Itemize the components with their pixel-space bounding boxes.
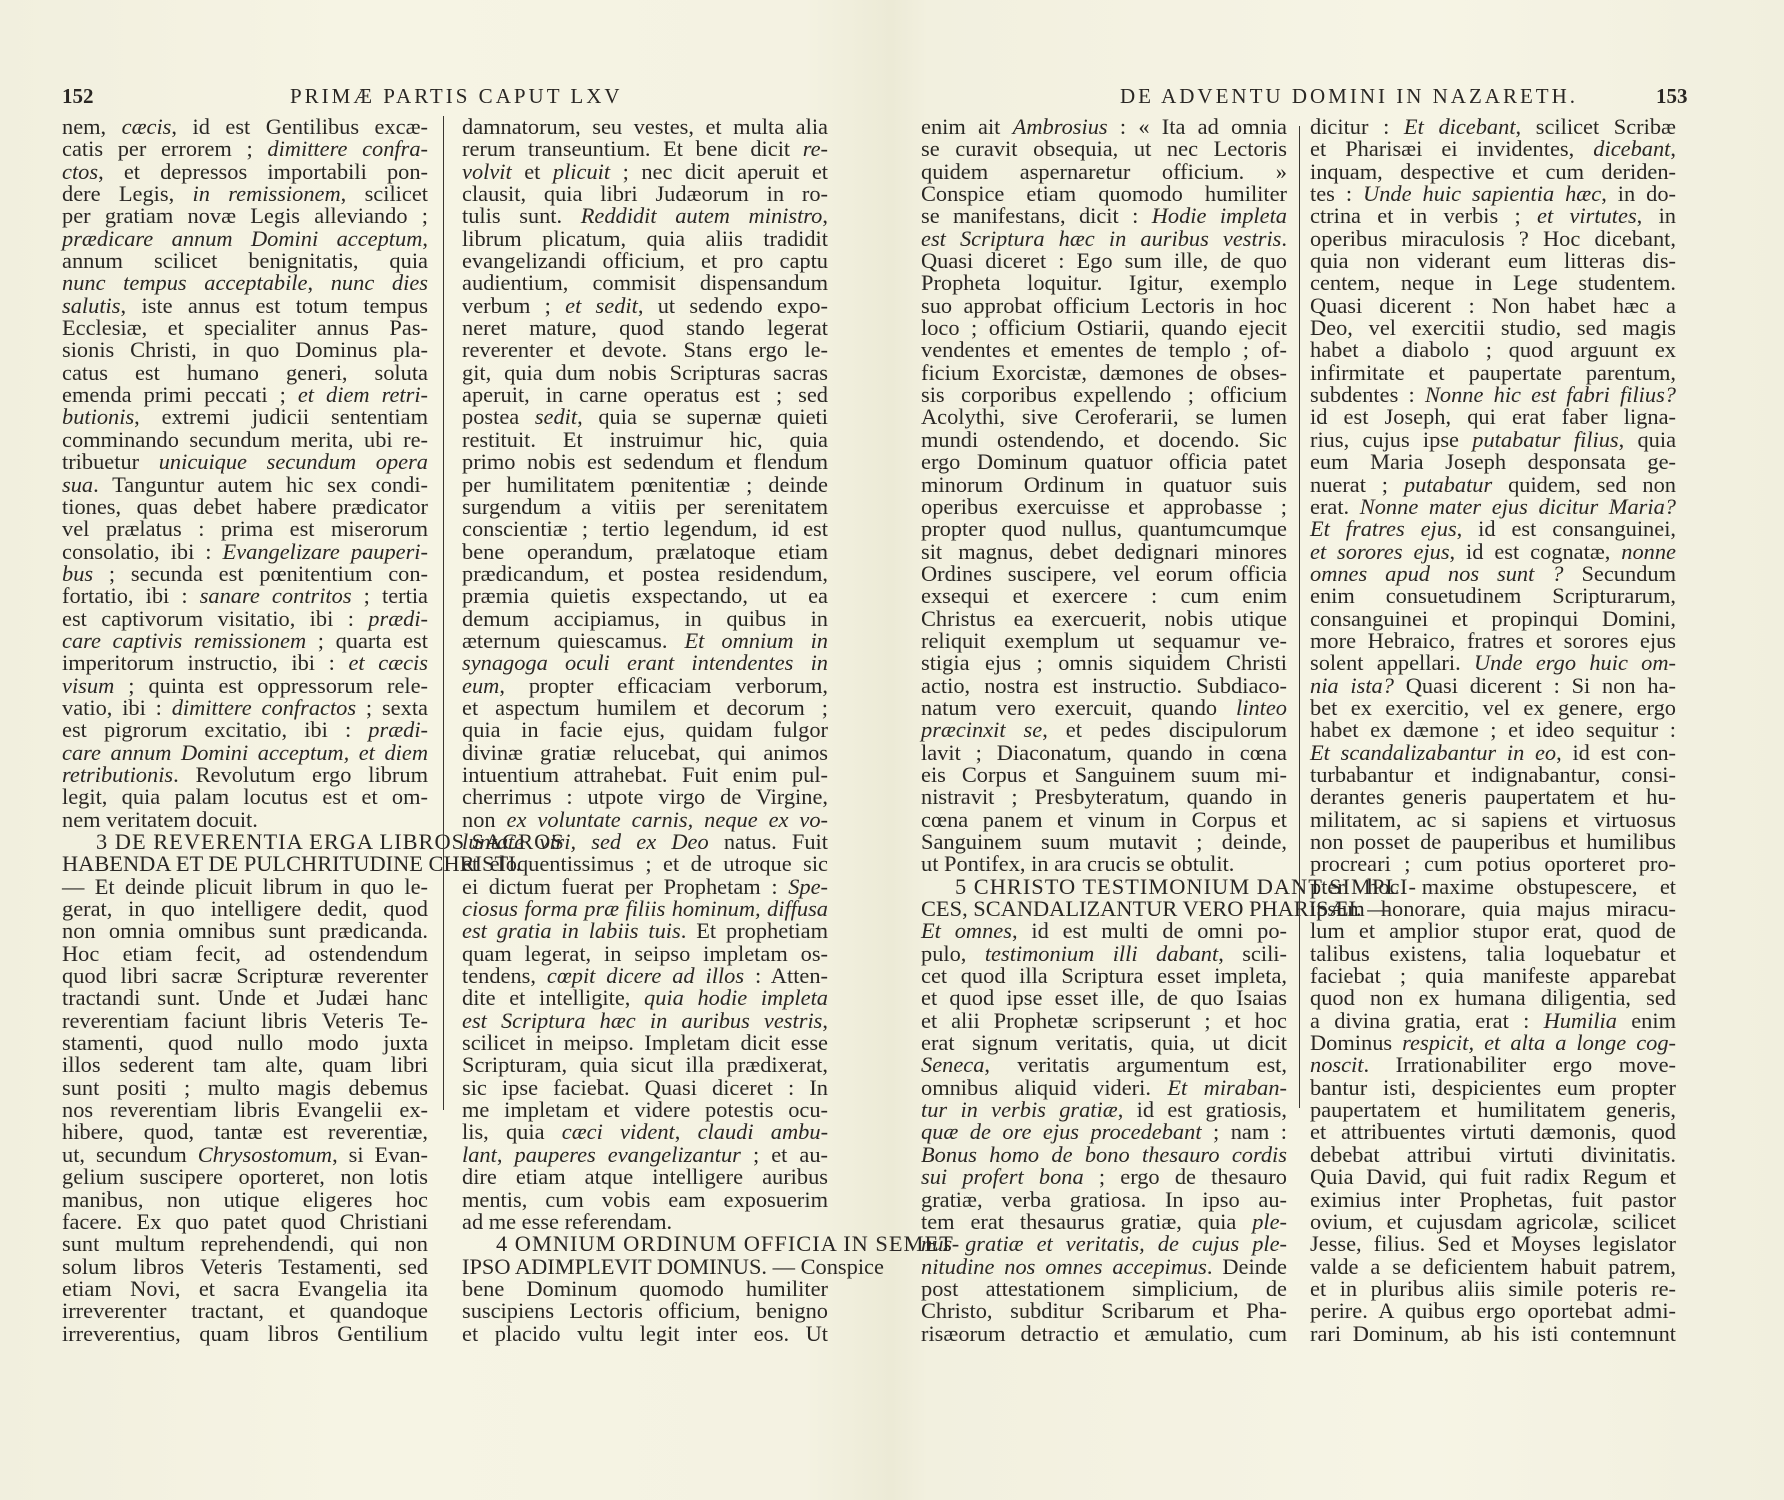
text-line: stamenti, quod nullo modo juxta [62,1032,428,1054]
italic-text: omnes apud nos sunt ? [1310,561,1564,586]
italic-text: prædi- [368,606,428,631]
text-line: care annum Domini acceptum, et diem [62,742,428,764]
text-line: Christus ea exercuerit, nobis utique [921,608,1287,630]
text-line: 5 CHRISTO TESTIMONIUM DANT SIMPLI- [921,876,1287,898]
italic-text: putabatur filius [1472,427,1618,452]
italic-text: lant [462,1142,497,1167]
text-line: propter quod nullus, quantumcumque [921,518,1287,540]
italic-text: claudi ambu- [698,1119,828,1144]
italic-text: et diem retri- [298,382,428,407]
italic-text: synagoga oculi erant intendentes in [462,650,828,675]
italic-text: linteo [1236,695,1287,720]
text-line: manibus, non utique eligeres hoc [62,1189,428,1211]
text-line: id est Joseph, qui erat faber ligna- [1310,406,1676,428]
text-line: prædicare annum Domini acceptum, [62,228,428,250]
text-line: se manifestans, dicit : Hodie impleta [921,205,1287,227]
text-line: turbabantur et indignabantur, consi- [1310,764,1676,786]
text-line: sunt positi ; multo magis debemus [62,1077,428,1099]
text-line: Seneca, veritatis argumentum est, [921,1054,1287,1076]
text-line: subdentes : Nonne hic est fabri filius? [1310,384,1676,406]
text-line: eis Corpus et Sanguinem suum mi- [921,764,1287,786]
text-line: militatem, ac si sapiens et virtuosus [1310,809,1676,831]
text-line: vatio, ibi : dimittere confractos ; sext… [62,697,428,719]
text-line: luntate viri, sed ex Deo natus. Fuit [462,831,828,853]
text-line: more Hebraico, fratres et sorores ejus [1310,630,1676,652]
text-line: est captivorum visitatio, ibi : prædi- [62,608,428,630]
text-line: verbum ; et sedit, ut sedendo expo- [462,295,828,317]
italic-text: nonne [1621,539,1676,564]
left-page-column-1: nem, cæcis, id est Gentilibus excæ-catis… [62,116,428,1345]
italic-text: Nonne mater ejus dicitur Maria? [1360,494,1676,519]
text-line: Quia David, qui fuit radix Regum et [1310,1166,1676,1188]
text-line: noscit. Irrationabiliter ergo move- [1310,1054,1676,1076]
text-line: illos sederent tam alte, quam libri [62,1054,428,1076]
italic-text: salutis [62,293,120,318]
text-line: paupertatem et humilitatem generis, [1310,1099,1676,1121]
text-line: quam legerat, in seipso impletam os- [462,943,828,965]
italic-text: quia hodie impleta [644,985,828,1010]
italic-text: volvit [462,159,512,184]
text-line: habet a diabolo ; quod arguunt ex [1310,339,1676,361]
text-line: bantur isti, despicientes eum propter [1310,1077,1676,1099]
italic-text: Hodie impleta [1152,203,1287,228]
running-head-right: DE ADVENTU DOMINI IN NAZARETH. [1120,84,1578,109]
text-line: ficium Exorcistæ, dæmones de obses- [921,362,1287,384]
italic-text: care annum Domini acceptum, et diem [62,740,428,765]
text-line: nuerat ; putabatur quidem, sed non [1310,474,1676,496]
text-line: actio, nostra est instructio. Subdiaco- [921,675,1287,697]
text-line: natum vero exercuit, quando linteo [921,697,1287,719]
text-line: demum accipiamus, in quibus in [462,608,828,630]
text-line: est Scriptura hæc in auribus vestris. [921,228,1287,250]
page-number-left: 152 [62,84,94,109]
text-line: nem veritatem docuit. [62,809,428,831]
text-line: dere Legis, in remissionem, scilicet [62,183,428,205]
text-line: butionis, extremi judicii sententiam [62,406,428,428]
text-line: rerum transeuntium. Et bene dicit re- [462,138,828,160]
italic-text: retributionis [62,762,173,787]
book-spread: 152 PRIMÆ PARTIS CAPUT LXV nem, cæcis, i… [0,0,1784,1500]
italic-text: Spe- [788,874,828,899]
text-line: tractandi sunt. Unde et Judæi hanc [62,987,428,1009]
text-line: a divina gratia, erat : Humilia enim [1310,1010,1676,1032]
text-line: facere. Ex quo patet quod Christiani [62,1211,428,1233]
italic-text: Unde ergo huic om- [1474,650,1676,675]
text-line: et alii Prophetæ scripserunt ; et hoc [921,1010,1287,1032]
text-line: se curavit obsequia, ut nec Lectoris [921,138,1287,160]
text-line: quæ de ore ejus procedebant ; nam : [921,1121,1287,1143]
text-line: conscientiæ ; tertio legendum, id est [462,518,828,540]
text-line: Quasi diceret : Ego sum ille, de quo [921,250,1287,272]
text-line: catus est humano generi, soluta [62,362,428,384]
italic-text: prædicare annum Domini acceptum [62,226,422,251]
text-line: tem erat thesaurus gratiæ, quia ple- [921,1211,1287,1233]
text-line: solum libros Veteris Testamenti, sed [62,1256,428,1278]
text-line: tur in verbis gratiæ, id est gratiosis, [921,1099,1287,1121]
text-line: tiones, quas debet habere prædicator [62,496,428,518]
italic-text: unicuique secundum opera [159,449,428,474]
text-line: nus gratiæ et veritatis, de cujus ple- [921,1233,1287,1255]
text-line: et placido vultu legit inter eos. Ut [462,1323,828,1345]
italic-text: Et omnes [921,918,1012,943]
italic-text: care captivis remissionem [62,628,306,653]
text-line: cherrimus : utpote virgo de Virgine, [462,786,828,808]
text-line: tulis sunt. Reddidit autem ministro, [462,205,828,227]
text-line: Sanguinem suum mutavit ; deinde, [921,831,1287,853]
text-line: IPSO ADIMPLEVIT DOMINUS. — Conspice [462,1256,828,1278]
italic-text: ple- [1252,1209,1287,1234]
text-line: imperitorum instructio, ibi : et cæcis [62,652,428,674]
text-line: mentis, cum vobis eam exposuerim [462,1189,828,1211]
text-line: bet ex exercitio, vel ex genere, ergo [1310,697,1676,719]
text-line: quidem aspernaretur officium. » [921,161,1287,183]
italic-text: ex voluntate carnis, neque ex vo- [507,807,828,832]
italic-text: butionis [62,404,134,429]
text-line: gerat, in quo intelligere dedit, quod [62,898,428,920]
text-line: erat signum veritatis, quia, ut dicit [921,1032,1287,1054]
italic-text: Bonus homo de bono thesauro cordis [921,1142,1287,1167]
text-line: 4 OMNIUM ORDINUM OFFICIA IN SEMET- [462,1233,828,1255]
text-line: faciebat ; quia manifeste apparebat [1310,965,1676,987]
text-line: Et omnes, id est multi de omni po- [921,920,1287,942]
text-line: rius, cujus ipse putabatur filius, quia [1310,429,1676,451]
italic-text: testimonium illi dabant [985,941,1218,966]
text-line: vendentes et ementes de templo ; of- [921,339,1287,361]
italic-text: Et miraban- [1167,1075,1287,1100]
text-line: dite et intelligite, quia hodie impleta [462,987,828,1009]
text-line: eum, propter efficaciam verborum, [462,675,828,697]
text-line: centem, neque in Lege studentem. [1310,272,1676,294]
text-line: nia ista? Quasi dicerent : Si non ha- [1310,675,1676,697]
text-line: consanguinei et propinqui Domini, [1310,608,1676,630]
text-line: Ordines suscipere, vel eorum officia [921,563,1287,585]
text-line: ctrina et in verbis ; et virtutes, in [1310,205,1676,227]
text-line: est Scriptura hæc in auribus vestris, [462,1010,828,1032]
italic-text: Evangelizare pauperi- [223,539,428,564]
text-line: catis per errorem ; dimittere confra- [62,138,428,160]
text-line: visum ; quinta est oppressorum rele- [62,675,428,697]
italic-text: cæcis [122,114,172,139]
text-line: sunt multum reprehendendi, qui non [62,1233,428,1255]
text-line: pulo, testimonium illi dabant, scili- [921,943,1287,965]
text-line: habet ex dæmone ; et ideo sequitur : [1310,719,1676,741]
text-line: nos reverentiam libris Evangelii ex- [62,1099,428,1121]
text-line: Jesse, filius. Sed et Moyses legislator [1310,1233,1676,1255]
italic-text: re- [803,136,828,161]
text-line: lis, quia cæci vident, claudi ambu- [462,1121,828,1143]
text-line: inquam, despective et cum deriden- [1310,161,1676,183]
italic-text: nia ista? [1310,673,1394,698]
italic-text: et cæcis [348,650,428,675]
text-line: fortatio, ibi : sanare contritos ; terti… [62,585,428,607]
right-page: DE ADVENTU DOMINI IN NAZARETH. 153 enim … [900,0,1784,1500]
text-line: lum et amplior stupor erat, quod de [1310,920,1676,942]
text-line: et Pharisæi ei invidentes, dicebant, [1310,138,1676,160]
text-line: reverenter et devote. Stans ergo le- [462,339,828,361]
text-line: Et fratres ejus, id est consanguinei, [1310,518,1676,540]
italic-text: sedit [535,404,577,429]
italic-text: Et fratres ejus [1310,516,1457,541]
italic-text: et virtutes [1537,203,1637,228]
text-line: et attribuentes virtuti dæmonis, quod [1310,1121,1676,1143]
text-line: et quod ipse esset ille, de quo Isaias [921,987,1287,1009]
text-line: per gratiam novæ Legis alleviando ; [62,205,428,227]
text-line: loco ; officium Ostiarii, quando ejecit [921,317,1287,339]
italic-text: nitudine nos omnes accepimus [921,1254,1207,1279]
text-line: post attestationem simplicium, de [921,1278,1287,1300]
running-head-left: PRIMÆ PARTIS CAPUT LXV [290,84,623,109]
text-line: rari Dominum, ab his isti contemnunt [1310,1323,1676,1345]
text-line: suscipiens Lectoris officium, benigno [462,1300,828,1322]
column-rule [1299,126,1300,1108]
italic-text: nus gratiæ et veritatis, de cujus ple- [921,1231,1287,1256]
italic-text: sui profert bona [921,1164,1084,1189]
text-line: gratiæ, verba gratiosa. In ipso au- [921,1189,1287,1211]
italic-text: putabatur [1404,472,1492,497]
text-line: legit, quia palam locutus est et om- [62,786,428,808]
italic-text: respicit, et alta a longe cog- [1402,1030,1676,1055]
text-line: comminando secundum merita, ubi re- [62,429,428,451]
text-line: sui profert bona ; ergo de thesauro [921,1166,1287,1188]
text-line: evangelizandi officium, et pro captu [462,250,828,272]
text-line: sic ipse faciebat. Quasi diceret : In [462,1077,828,1099]
italic-text: est gratia in labiis tuis [462,918,681,943]
text-line: operibus exercuisse et approbasse ; [921,496,1287,518]
italic-text: est Scriptura hæc in auribus vestris [921,226,1281,251]
text-line: git, quia dum nobis Scripturas sacras [462,362,828,384]
text-line: valde a se deficientem habuit patrem, [1310,1256,1676,1278]
text-line: infirmitate et paupertate parentum, [1310,362,1676,384]
italic-text: Chrysostomum [198,1142,332,1167]
text-line: Dominus respicit, et alta a longe cog- [1310,1032,1676,1054]
italic-text: et sorores ejus [1310,539,1450,564]
text-line: salutis, iste annus est totum tempus [62,295,428,317]
text-line: emenda primi peccati ; et diem retri- [62,384,428,406]
right-page-column-2: dicitur : Et dicebant, scilicet Scribæet… [1310,116,1676,1345]
italic-text: cœpit dicere ad illos [547,963,744,988]
text-line: lant, pauperes evangelizantur ; et au- [462,1144,828,1166]
text-line: erat. Nonne mater ejus dicitur Maria? [1310,496,1676,518]
text-line: non ex voluntate carnis, neque ex vo- [462,809,828,831]
text-line: minorum Ordinum in quatuor suis [921,474,1287,496]
text-line: divinæ gratiæ relucebat, qui animos [462,742,828,764]
italic-text: Nonne hic est fabri filius? [1425,382,1676,407]
text-line: audientium, commisit dispensandum [462,272,828,294]
text-line: cœna panem et vinum in Corpus et [921,809,1287,831]
text-line: tribuetur unicuique secundum opera [62,451,428,473]
italic-text: Ambrosius [1013,114,1108,139]
text-line: sua. Tanguntur autem hic sex condi- [62,474,428,496]
text-line: præmia quietis exspectando, ut ea [462,585,828,607]
text-line: sis corporibus expellendo ; officium [921,384,1287,406]
text-line: debebat attribui virtuti divinitatis. [1310,1144,1676,1166]
text-line: librum plicatum, quia aliis tradidit [462,228,828,250]
text-line: perire. A quibus ergo oportebat admi- [1310,1300,1676,1322]
text-line: exsequi et exercere : cum enim [921,585,1287,607]
text-line: bus ; secunda est pœnitentium con- [62,563,428,585]
text-line: restituit. Et instruimur hic, quia [462,429,828,451]
text-line: quod libri sacræ Scripturæ reverenter [62,965,428,987]
text-line: aperuit, in carne operatus est ; sed [462,384,828,406]
italic-text: ciosus forma præ filiis hominum, diffusa [462,896,828,921]
text-line: et eloquentissimus ; et de utroque sic [462,853,828,875]
text-line: Bonus homo de bono thesauro cordis [921,1144,1287,1166]
text-line: enim consuetudinem Scripturarum, [1310,585,1676,607]
text-line: pter hoc maxime obstupescere, et [1310,876,1676,898]
text-line: omnibus aliquid videri. Et miraban- [921,1077,1287,1099]
text-line: Conspice etiam quomodo humiliter [921,183,1287,205]
text-line: me impletam et videre potestis ocu- [462,1099,828,1121]
right-page-column-1: enim ait Ambrosius : « Ita ad omniase cu… [921,116,1287,1345]
italic-text: luntate viri, sed ex Deo [462,829,709,854]
text-line: bene operandum, prælatoque etiam [462,541,828,563]
left-page-column-2: damnatorum, seu vestes, et multa aliarer… [462,116,828,1345]
text-line: scilicet in meipso. Impletam dicit esse [462,1032,828,1054]
text-line: Propheta loquitur. Igitur, exemplo [921,272,1287,294]
text-line: neret mature, quod stando legerat [462,317,828,339]
text-line: Deo, vel exercitii studio, sed magis [1310,317,1676,339]
text-line: Hoc etiam fecit, ad ostendendum [62,943,428,965]
text-line: et sorores ejus, id est cognatæ, nonne [1310,541,1676,563]
text-line: quia non viderant eum litteras dis- [1310,250,1676,272]
italic-text: Et scandalizabantur in eo [1310,740,1556,765]
text-line: dire etiam atque intelligere auribus [462,1166,828,1188]
italic-text: dimittere confractos [172,695,356,720]
italic-text: Reddidit autem ministro [581,203,823,228]
italic-text: noscit [1310,1052,1363,1077]
text-line: dicitur : Et dicebant, scilicet Scribæ [1310,116,1676,138]
text-line: retributionis. Revolutum ergo librum [62,764,428,786]
text-line: non posset de pauperibus et humilibus [1310,831,1676,853]
text-line: CES, SCANDALIZANTUR VERO PHARISÆI. — [921,898,1287,920]
text-line: operibus miraculosis ? Hoc dicebant, [1310,228,1676,250]
italic-text: dimittere confra- [267,136,428,161]
text-line: talibus existens, talia loquebatur et [1310,943,1676,965]
text-line: annum scilicet benignitatis, quia [62,250,428,272]
italic-text: Et omnium in [684,628,828,653]
text-line: ut, secundum Chrysostomum, si Evan- [62,1144,428,1166]
italic-text: eum [462,673,499,698]
italic-text: præcinxit se [921,717,1042,742]
text-line: et aspectum humilem et decorum ; [462,697,828,719]
text-line: volvit et plicuit ; nec dicit aperuit et [462,161,828,183]
text-line: Quasi dicerent : Non habet hæc a [1310,295,1676,317]
italic-text: Unde huic sapientia hæc [1363,181,1601,206]
text-line: reverentiam faciunt libris Veteris Te- [62,1010,428,1032]
text-line: solent appellari. Unde ergo huic om- [1310,652,1676,674]
italic-text: tur in verbis gratiæ [921,1097,1118,1122]
text-line: intuentium attrahebat. Fuit enim pul- [462,764,828,786]
text-line: clausit, quia libri Judæorum in ro- [462,183,828,205]
text-line: lavit ; Diaconatum, quando in cœna [921,742,1287,764]
text-line: quod non ex humana diligentia, sed [1310,987,1676,1009]
text-line: omnes apud nos sunt ? Secundum [1310,563,1676,585]
text-line: hibere, quod, tantæ est reverentiæ, [62,1121,428,1143]
text-line: præcinxit se, et pedes discipulorum [921,719,1287,741]
text-line: æternum quiescamus. Et omnium in [462,630,828,652]
text-line: prædicandum, et postea residendum, [462,563,828,585]
text-line: eum Maria Joseph desponsata ge- [1310,451,1676,473]
text-line: tendens, cœpit dicere ad illos : Atten- [462,965,828,987]
italic-text: ctos [62,159,98,184]
text-line: Ecclesiæ, et specialiter annus Pas- [62,317,428,339]
text-line: risæorum detractio et æmulatio, cum [921,1323,1287,1345]
text-line: eximius inter Prophetas, fuit pastor [1310,1189,1676,1211]
italic-text: dicebant [1593,136,1670,161]
text-line: synagoga oculi erant intendentes in [462,652,828,674]
text-line: suo approbat officium Lectoris in hoc [921,295,1287,317]
text-line: ut Pontifex, in ara crucis se obtulit. [921,853,1287,875]
italic-text: plicuit [553,159,610,184]
text-line: surgendum a vitiis per serenitatem [462,496,828,518]
italic-text: bus [62,561,93,586]
text-line: tes : Unde huic sapientia hæc, in do- [1310,183,1676,205]
text-line: damnatorum, seu vestes, et multa alia [462,116,828,138]
text-line: derantes generis paupertatem et hu- [1310,786,1676,808]
text-line: Scripturam, quia sicut illa prædixerat, [462,1054,828,1076]
text-line: — Et deinde plicuit librum in quo le- [62,876,428,898]
text-line: vel prælatus : prima est miserorum [62,518,428,540]
page-number-right: 153 [1656,84,1688,109]
text-line: care captivis remissionem ; quarta est [62,630,428,652]
text-line: stigia ejus ; omnis siquidem Christi [921,652,1287,674]
column-rule [443,116,444,1110]
text-line: reliquit exemplum ut sequamur ve- [921,630,1287,652]
italic-text: Seneca [921,1052,984,1077]
text-line: non omnia omnibus sunt prædicanda. [62,920,428,942]
italic-text: est Scriptura hæc in auribus vestris [462,1008,822,1033]
section-heading: 4 OMNIUM ORDINUM OFFICIA IN SEMET- [496,1231,960,1256]
text-line: est gratia in labiis tuis. Et prophetiam [462,920,828,942]
text-line: est pigrorum excitatio, ibi : prædi- [62,719,428,741]
text-line: consolatio, ibi : Evangelizare pauperi- [62,541,428,563]
text-line: irreverenter tractant, et quandoque [62,1300,428,1322]
text-line: nitudine nos omnes accepimus. Deinde [921,1256,1287,1278]
text-line: bene Dominum quomodo humiliter [462,1278,828,1300]
text-line: 3 DE REVERENTIA ERGA LIBROS SACROS [62,831,428,853]
text-line: procreari ; cum potius oporteret pro- [1310,853,1676,875]
italic-text: nunc tempus acceptabile [62,270,307,295]
text-line: per humilitatem pœnitentiæ ; deinde [462,474,828,496]
text-line: quia in facie ejus, quidam fulgor [462,719,828,741]
italic-text: quæ de ore ejus procedebant [921,1119,1202,1144]
italic-text: sanare contritos [200,583,352,608]
italic-text: in remissionem [193,181,341,206]
italic-text: Et dicebant [1404,114,1516,139]
text-line: nem, cæcis, id est Gentilibus excæ- [62,116,428,138]
italic-text: nunc dies [331,270,428,295]
text-line: postea sedit, quia se supernæ quieti [462,406,828,428]
text-line: sionis Christi, in quo Dominus pla- [62,339,428,361]
italic-text: pauperes evangelizantur [515,1142,741,1167]
italic-text: cæci vident [562,1119,675,1144]
text-line: enim ait Ambrosius : « Ita ad omnia [921,116,1287,138]
text-line: gelium suscipere oporteret, non lotis [62,1166,428,1188]
text-line: ctos, et depressos importabili pon- [62,161,428,183]
text-line: nunc tempus acceptabile, nunc dies [62,272,428,294]
text-line: ciosus forma præ filiis hominum, diffusa [462,898,828,920]
text-line: HABENDA ET DE PULCHRITUDINE CHRISTI. [62,853,428,875]
text-line: ergo Dominum quatuor officia patet [921,451,1287,473]
text-line: ad me esse referendam. [462,1211,828,1233]
text-line: Acolythi, sive Ceroferarii, se lumen [921,406,1287,428]
text-line: nistravit ; Presbyteratum, quando in [921,786,1287,808]
italic-text: sua [62,472,93,497]
italic-text: prædi- [368,717,428,742]
text-line: Et scandalizabantur in eo, id est con- [1310,742,1676,764]
text-line: ei dictum fuerat per Prophetam : Spe- [462,876,828,898]
text-line: cet quod illa Scriptura esset impleta, [921,965,1287,987]
